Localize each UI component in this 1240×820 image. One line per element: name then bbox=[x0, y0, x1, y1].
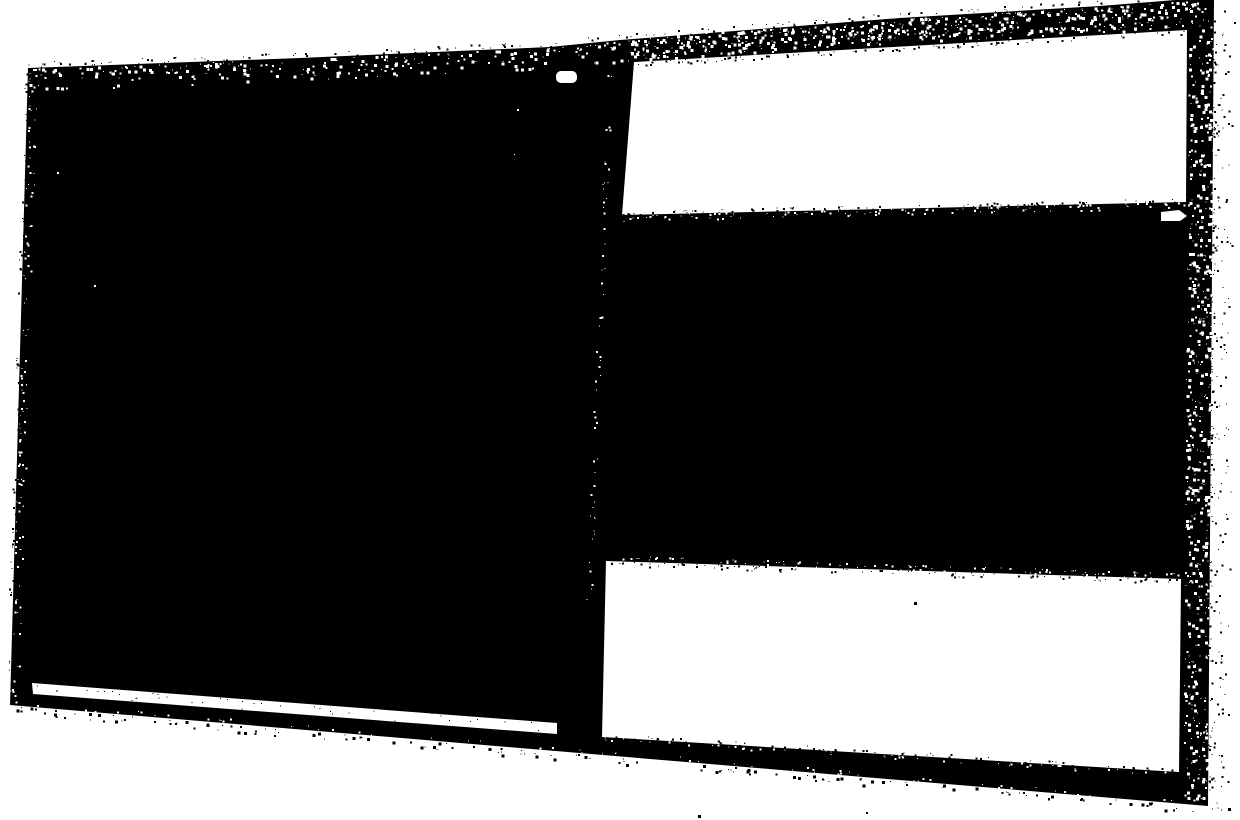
speck bbox=[94, 285, 96, 287]
halftone-photograph bbox=[0, 0, 1240, 820]
speck bbox=[514, 154, 515, 155]
speck bbox=[914, 602, 917, 605]
speck bbox=[517, 109, 519, 111]
lower-white-panel bbox=[602, 561, 1181, 772]
speck bbox=[866, 812, 868, 814]
eraser-mark bbox=[556, 71, 577, 83]
speck bbox=[1228, 808, 1231, 811]
speck bbox=[698, 815, 701, 818]
speck bbox=[57, 172, 59, 174]
figure-canvas bbox=[0, 0, 1240, 820]
